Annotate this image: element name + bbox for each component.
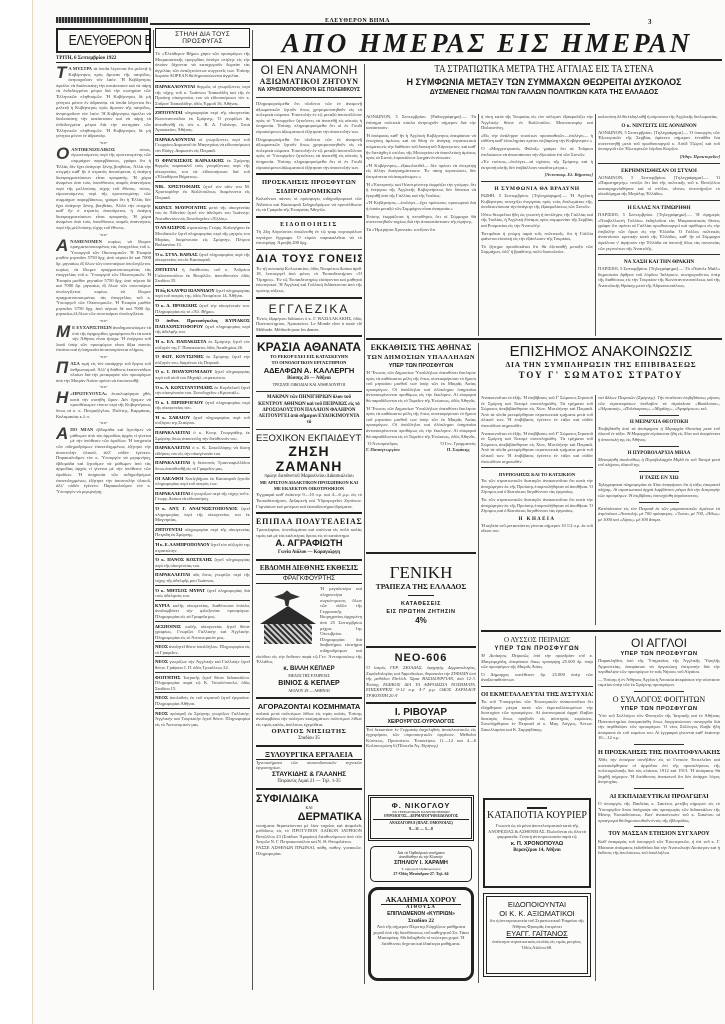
- refugee-notice: Ὁ ΦΡΑΓΚΙΣΚΟΣ ΚΑΡΑΔΑΚΗΣ ἐκ Σμύρνης θερμῶς…: [155, 155, 250, 181]
- refugee-notice: ΖΗΤΟΥΝΤΑΙ πληροφορίαι περὶ τῆς οἰκογενεί…: [155, 107, 250, 133]
- refugee-notice: ΖΗΤΕΙΤΑΙ ἡ διεύθυνσις τοῦ κ. Ἀνδρέου Γαλ…: [155, 264, 250, 285]
- refugee-notice: Ἡ δίς ΚΑΛΥΨΩ ΙΩΑΝΝΙΔΟΥ ζητεῖ πληροφορίας…: [155, 285, 250, 300]
- article-text: ΛΟΝΔΙΝΟΝ, 5 Σεπτεμβρίου. [Ραδιογράφημα].…: [366, 114, 476, 131]
- main-story-headlines: ΤΑ ΣΤΡΑΤΙΩΤΙΚΑ ΜΕΤΡΑ ΤΗΣ ΑΓΓΛΙΑΣ ΕΙΣ ΤΑ …: [366, 64, 722, 114]
- headline: ΕΙΔΟΠΟΙΗΣΙΣ: [256, 221, 362, 229]
- banner-title: ΑΠΟ ΗΜΕΡΑΣ ΕΙΣ ΗΜΕΡΑΝ: [252, 28, 722, 58]
- headline: ΕΓΓΛΕΖΙΚΑ: [256, 302, 362, 316]
- divider: [598, 254, 720, 255]
- editorial-item: AΝΑΜΕΝΟΜΕΝ κυρίως νὰ ἴδωμεν πραγματοποιο…: [56, 239, 151, 317]
- civil-servants-article: ΕΚΚΑΘΙΣΙΣ ΤΗΣ ΑΘΗΝΑΣ ΤΩΝ ΔΗΜΟΣΙΩΝ ΥΠΑΛΛΗ…: [366, 343, 476, 543]
- article-text: Ἐκτιμᾶται ἡ γνώμη παρὰ τοῖς πολιτικοῖς, …: [481, 231, 593, 242]
- headline: ΤΩΝ ΔΗΜΟΣΙΩΝ ΥΠΑΛΛΗΛΩΝ: [366, 353, 476, 362]
- refugee-notice: ΝΕΟΣ πρόσφυξ ἐκ Σμύρνης γνωρίζων Γαλλική…: [155, 708, 250, 729]
- article-text: «Ἐν τούτοις—ἐπιλέγει—αἱ σχέσεις τῆς Σμύρ…: [481, 159, 593, 170]
- column-news-ads: ΟΙ ΕΝ ΑΝΑΜΟΝΗ ΑΞΙΩΜΑΤΙΚΟΙ ΖΗΤΟΥΝ ΝΑ ΧΡΗΣ…: [256, 64, 362, 994]
- article-text: Ἡ Ἕνωσις τῶν Δημοσίων Ὑπαλλήλων ἀπευθύνε…: [366, 370, 476, 404]
- refugee-notice: ΠΑΡΑΚΑΛΟΥΝΤΑΙ θερμῶς οἱ γνωρίζοντες περὶ…: [155, 81, 250, 107]
- ad-krasia: ΚΡΑΣΙΑ ΑΘΑΝΑΤΑ ΤΟ ΡΕΚΟΡ ΕΧΕΙ ΕΙΣ ΚΑΤΑΣΚΕ…: [256, 340, 362, 388]
- ad-nikoglou: Φ. ΝΙΚΟΓΛΟΥ ΕΚ ΓΕΡΜΑΝΙΚΩΝ ΠΑΝΕΠΙΣΤΗΜΙΩΝ …: [368, 795, 474, 841]
- headline: ΑΙ ΕΚΠΑΙΔΕΥΤΙΚΑΙ ΠΡΟΑΓΩΓΑΙ: [598, 792, 720, 801]
- divider: [598, 163, 720, 164]
- headline: Ο κ. ΝΙΝΤΣΙΤΣ ΕΙΣ ΛΟΝΔΙΝΟΝ: [598, 122, 720, 130]
- article-text: ΠΑΡΙΣΙΟΙ, 5 Σεπτεμβρίου. [Τηλεγράφημα].—…: [598, 266, 720, 288]
- subheadline: ΥΠΕΡ ΤΩΝ ΠΡΟΣΦΥΓΩΝ: [598, 705, 720, 713]
- divider: [256, 97, 362, 98]
- ad-tools: ΞΥΛΟΥΡΓΙΚΑ ΕΡΓΑΛΕΙΑ Ἰχνοποιήματα τῶν σκο…: [256, 750, 362, 785]
- masthead-ornament: [56, 17, 148, 23]
- article-text: ἡ νίκη κατὰ τῆς Τουρκίας εἰς τὸν πόλεμον…: [481, 114, 593, 131]
- article-text: «Ἡ Κυβέρνησις—ἐξακολουθεῖ— δὲν πρέπει νὰ…: [366, 163, 476, 180]
- editorial-item: TΑ ΜΥΣΤΡΑ τὰ ὁποῖα λέγονται ὅτι μελετᾷ ἡ…: [56, 66, 151, 139]
- column-editorial: ΕΛΕΥΘΕΡΟΝ ΒΗΜΑ ΤΡΙΤΗ, 6 Σεπτεμβρίου 1922…: [56, 28, 151, 1018]
- article-text: καλοσύνη δὲ θὰ ἐκδηλωθῇ ἡ σύμπνοια τῆς Ἀ…: [598, 114, 720, 120]
- refugee-notice: Ὁ κ. ΑΝΤ. Γ. ΑΝΑΓΝΩΣΤΟΠΟΥΛΟΣ ζητεῖ πληρο…: [155, 503, 250, 524]
- headline: ΑΞΙΩΜΑΤΙΚΟΙ ΖΗΤΟΥΝ: [256, 77, 362, 87]
- expo-building-illustration: [256, 588, 316, 646]
- article-text: Πληροφορούμεθα ὅτι πλεῖστοι τῶν ἐν ἀναμο…: [256, 101, 362, 135]
- headline: Η ΠΥΡΟΒΟΛΑΡΧΙΑ ΜΗΛΑ: [598, 450, 720, 457]
- editorial-item: AΠΟ ΜΙΑΝ ἑβδομάδα καὶ ζητοῦμεν νὰ μάθωμε…: [56, 427, 151, 494]
- headline: ΤΑ ΣΤΡΑΤΙΩΤΙΚΑ ΜΕΤΡΑ ΤΗΣ ΑΓΓΛΙΑΣ ΕΙΣ ΤΑ …: [384, 64, 704, 76]
- column-lower-right: ΟΙ ΑΓΓΛΟΙ ΥΠΕΡ ΤΩΝ ΠΡΟΣΦΥΓΩΝ Παρακληθεὶς…: [598, 636, 720, 981]
- headline: ΕΠΙΣΗΜΟΣ ΑΝΑΚΟΙΝΩΣΙΣ: [481, 343, 721, 360]
- banner: ΑΠΟ ΗΜΕΡΑΣ ΕΙΣ ΗΜΕΡΑΝ: [252, 28, 722, 60]
- column-rule: [478, 114, 479, 336]
- refugee-notice: Ὁ κ. Α. ΚΩΝΣΤΑΝΤΙΝΙΔΗΣ ἐκ Κορδελιοῦ ζητε…: [155, 382, 250, 397]
- headline: Ο ΣΥΛΛΟΓΟΣ ΦΟΙΤΗΤΩΝ: [598, 695, 720, 705]
- article-text: Ἡ «Ἑσπερινὴ» καὶ Οὐεστμίνστερ ἐκφράζει τ…: [366, 182, 476, 199]
- headline: ΕΚΚΑΘΙΣΙΣ ΤΗΣ ΑΘΗΝΑΣ: [366, 343, 476, 353]
- subheadline: ΔΥΣΜΕΝΕΙΣ ΓΝΩΜΑΙ ΤΩΝ ΓΑΛΛΩΝ ΠΟΛΙΤΙΚΩΝ ΚΑ…: [366, 88, 722, 97]
- ad-eye-clinic: Διὰ τὰ Ὀφθαλμικά νοσήματα ἀπευθύνθητε εἰ…: [370, 846, 472, 882]
- ad-epipla: ΕΠΙΠΛΑ ΠΟΛΥΤΕΛΕΙΑΣ Τραπεζαρίαι, ὑπνοδωμά…: [256, 517, 362, 556]
- column-refugees: ΣΤΗΛΗ ΔΙΑ ΤΟΥΣ ΠΡΟΣΦΥΓΑΣ Τὸ «Ἐλεύθερον Β…: [155, 28, 250, 1018]
- banner-rule: [252, 59, 722, 61]
- ad-pinigiri: ΜΑΚΡΑΝ τῶν ΠΗΝΙΓΗΡΙΩΝ ὅλου τοῦ ΚΕΝΤΡΟΥ Α…: [256, 395, 362, 426]
- refugee-notice: Ὁ κ. Ι. ΠΟΛΥΧΡΟΝΙΑΔΟΥ ζητεῖ πληροφορίας …: [155, 366, 250, 381]
- refugee-notice: ΠΑΡΑΚΑΛΕΙΤΑΙ πᾶς ὅστις γνωρίζει περὶ τῆς…: [155, 569, 250, 584]
- announcement-left: Ἀνακοινοῦται τὸ ἑξῆς: Ἡ ἐπιβίβασις τοῦ Γ…: [481, 395, 593, 565]
- refugee-notice: Ὁ κ. Δ. ΠΡΟΚΙΔΗΣ ζητεῖ τὴν οἰκογένειάν τ…: [155, 300, 250, 315]
- headline: ΠΡΟΣΚΛΗΣΙΣ ΠΡΟΣΦΥΓΩΝ ΣΙΔΗΡΟΔΡΟΜΙΚΩΝ: [256, 178, 362, 196]
- editorial-item: ΠΑΣΑ τιμὴ εἰς τὸν ναυάρχην τοῦ ἔργου τοῦ…: [56, 361, 151, 383]
- official-announcement-heading: ΕΠΙΣΗΜΟΣ ΑΝΑΚΟΙΝΩΣΙΣ ΔΙΑ ΤΗΝ ΣΥΜΠΛΗΡΩΣΙΝ…: [481, 343, 721, 391]
- column-rule: [595, 395, 596, 625]
- refugee-notice: Ὁ ΑΝΑΙΣΙΡΟΣ στρατιώτης Γεώργ. Καλογήρου …: [155, 222, 250, 248]
- refugee-notice: ΚΩΝΣΤ. ΜΑΥΡΟΓΑΤΗΣ μετὰ τῆς οἰκογενείας τ…: [155, 202, 250, 223]
- byline: [Ἀθην. Πρακτορεῖον]: [598, 154, 720, 160]
- ad-officers: ΕΙΔΟΠΟΙΟΥΝΤΑΙ ΟΙ Κ. Κ. ΑΞΙΩΜΑΤΙΚΟΙ ὅτι ἡ…: [483, 893, 591, 977]
- article-text: Τὰ «Ἡμερήσια Χρονικὰ» τονίζουν ὅτι: [366, 227, 476, 233]
- article-text: ΠΑΡΙΣΙΟΙ, 5 Σεπτεμβρίου. [Τηλεγράφημα].—…: [598, 212, 720, 251]
- divider: [256, 429, 362, 430]
- refugee-notice: Ὁ κ. Ι. ΠΙΡΠΙΡΟΓΛΟΥ ζητεῖ πληροφορίας πε…: [155, 397, 250, 412]
- byline: [Ἀνταποκρ. Ελ. Βήματος]: [481, 172, 593, 178]
- headline: ΕΚΡΗΜΝΙΣΘΗΣΑΝ ΟΙ ΣΤΥΛΟΙ: [598, 167, 720, 175]
- subheadline: ΥΠΕΡ ΤΩΝ ΠΡΟΣΦΥΓΩΝ: [481, 645, 593, 653]
- ad-frankfurt-expo: ΕΒΔΟΜΗ ΔΙΕΘΝΗΣ ΕΚΘΕΣΙΣ ΦΡΑΓΚΦΟΥΡΤΗΣ Ἡ με…: [256, 564, 362, 693]
- article-text: «Εἰς τὴν ἀνάληψιν τοιούτων προσπαθειῶν—ἐ…: [481, 133, 593, 144]
- divider: [256, 512, 362, 514]
- column-rule: [478, 343, 479, 983]
- divider: [256, 788, 362, 790]
- refugee-notice: ΖΗΤΟΥΝΤΑΙ πληροφορίαι περὶ τῆς οἰκογενεί…: [155, 524, 250, 539]
- article-text: ΛΟΝΔΙΝΟΝ, 5 Σεπτεμβρίου. [Τηλεγράφημα].—…: [598, 130, 720, 152]
- subheadline: ΥΠΕΡ ΤΩΝ ΠΡΟΣΦΥΓΩΝ: [366, 362, 476, 370]
- refugee-notice: ΠΑΡΑΚΑΛΕΙΤΑΙ ὁ κ. Κ. Σακελλάρης νὰ δώσῃ …: [155, 442, 250, 457]
- refugee-notice: ΝΕΟΣ ἀπολυθεὶς ἐκ τοῦ στρατοῦ ζητεῖ ἐργα…: [155, 692, 250, 707]
- ad-jewels: ΑΓΟΡΑΖΟΝΤΑΙ ΚΟΣΜΗΜΑΤΑ παλαιὰ μετὰ πολυτί…: [256, 702, 362, 742]
- divider: [256, 297, 362, 299]
- ad-bank: ΓΕΝΙΚΗ ΤΡΑΠΕΖΑ ΤΗΣ ΕΛΛΑΔΟΣ ΚΑΤΑΘΕΣΕΙΣ ΕΙ…: [366, 552, 476, 648]
- signatures: Ὁ ἈντιπρόεδροςΓ. Παπαγεωργίου Ὁ Γεν. Γρα…: [366, 441, 476, 452]
- dateline: ΤΡΙΤΗ, 6 Σεπτεμβρίου 1922: [56, 56, 151, 63]
- article-text: Οὕτω θεωρεῖται ἤδη ὡς γνωστὴ ἡ ἀντίληψις…: [481, 212, 593, 229]
- headline: ΠΥΡΠΟΛΗΣΙΣ ΚΑΙ ΤΟ ΚΑΤΣΙΚΙΟΝ: [481, 471, 593, 478]
- subheadline: ΤΟΥ Γ' ΣΩΜΑΤΟΣ ΣΤΡΑΤΟΥ: [481, 370, 721, 381]
- article-text: Ἡ Ἕνωσις τῶν Δημοσίων Ὑπαλλήλων ἀπευθύνε…: [366, 406, 476, 440]
- margin-rule: [32, 0, 33, 1024]
- ad-dance-academy: ΑΚΑΔΗΜΙΑ ΧΟΡΟΥ ΑΙΘΟΥΣΑ ΕΠΙΠΛΩΜΕΝΟΝ «ΚΥΠΡ…: [368, 887, 474, 981]
- refugee-notice: Ἡ κ. Ε. ΛΑΜΠΡΟΠΟΥΛΟΥ ζητεῖ τὸν σύζυγόν τ…: [155, 539, 250, 554]
- article-text: Ἐντὸς ἑξαμήνου διδάσκει ὁ κ. Γ. ΒΑΣΙΛΑΚΑ…: [256, 316, 362, 333]
- refugee-notice: ΠΑΡΑΚΑΛΕΙΤΑΙ ὁ κ. Κυπρ. Γεωργιάδης ἐκ Σμ…: [155, 427, 250, 442]
- refugee-notice: Ὁ κ. ΣΤΥΛ. ΒΑΡΔΑΣ ζητεῖ πληροφορίας περὶ…: [155, 249, 250, 264]
- divider: [256, 335, 362, 337]
- divider: [256, 745, 362, 747]
- article-text: Πληροφορούμεθα ὅτι πλεῖστοι τῶν ἐν ἀναμο…: [256, 137, 362, 171]
- editorial-item: OΑΝΤΙΒΕΝΙΖΕΛΙΚΟΣ τύπος, εἰρωνευόμενος πε…: [56, 147, 151, 231]
- headline: ΟΙ ΑΓΓΛΟΙ: [598, 636, 720, 650]
- refugee-notice: ΟΙ ΑΔΕΛΦΟΙ Χατζηδήμου ἐκ Κασσαμπᾶ ζητοῦν…: [155, 473, 250, 488]
- headline: ΝΑ ΧΑΣΗ ΚΑΙ ΤΗΝ ΘΡΑΚΗΝ: [598, 258, 720, 266]
- masthead: ΕΛΕΥΘΕΡΟΝ ΒΗΜΑ: [56, 28, 151, 53]
- divider: [256, 391, 362, 392]
- headline: Η ΣΥΜΦΩΝΙΑ ΜΕΤΑΞΥ ΤΩΝ ΣΥΜΜΑΧΩΝ ΘΕΩΡΕΙΤΑΙ…: [366, 76, 722, 88]
- refugee-notice: Ὁ κ. ΜΗΤΣΟΣ ΜΥΡΑΤ ζητεῖ πληροφορίας διὰ …: [155, 585, 250, 600]
- refugees-column-title: ΣΤΗΛΗ ΔΙΑ ΤΟΥΣ ΠΡΟΣΦΥΓΑΣ: [155, 28, 250, 48]
- divider: [256, 559, 362, 561]
- refugee-notice: ΝΙΚ. ΧΡΙΣΤΟΦΙΔΗΣ ζητεῖ τὸν υἱὸν του Μ. Χ…: [155, 181, 250, 202]
- refugee-notice: ΠΑΡΑΚΑΛΕΙΤΑΙ ἡ δεσποινὶς Τριανταφυλλίδου…: [155, 457, 250, 472]
- running-head: ΕΛΕΥΘΕΡΟΝ ΒΗΜΑ: [325, 18, 390, 24]
- ad-doctors: ΝΕΟ-606 Ὁ ἰατρὸς ΓΕΡ. ΣΚΙΑΔΑΣ, ὑφηγητὴς …: [366, 652, 476, 782]
- refugee-notice: Ὁ ΦΩΤ. ΚΟΥΤΣΙΝΗΣ ἐκ Σμύρνης ζητεῖ τὴν σύ…: [155, 351, 250, 366]
- ad-kourier: ΚΑΤΑΠΟΤΙΑ ΚΟΥΡΙΕΡ Γνωστὰ ὡς τὰ μόνα ἀποτ…: [483, 798, 591, 888]
- article-text: Ἐν τῇ συνοικίᾳ Κολωνακίου, ὁδὸς Νεοφύτου…: [256, 266, 362, 294]
- announcement-right: ναὶ ἄλλων Πειραιῶν (Σμύρνης). Τὴν ἐκτέλε…: [598, 395, 720, 623]
- refugee-notice: ΦΟΙΤΗΤΗΣ Ἰατρικῆς ζητεῖ θέσιν διδασκάλου…: [155, 672, 250, 693]
- refugee-notice: ΝΕΟΣ ἀναζητεῖ θέσιν ὑπαλλήλου. Πληροφορί…: [155, 641, 250, 656]
- column-rule: [595, 636, 596, 981]
- headline: Η ΠΡΟΣΚΛΗΣΙΣ ΤΗΣ ΠΟΛΙΤΟΦΥΛΑΚΗΣ: [598, 748, 720, 757]
- headline: ΟΙ ΕΚΜΕΤΑΛΛΕΥΤΑΙ ΤΗΣ ΔΥΣΤΥΧΙΑΣ: [481, 690, 593, 699]
- column-rule: [595, 114, 596, 336]
- headline: Ο ΛΥΣΣΟΣ ΠΕΙΡΑΙΩΣ: [481, 636, 593, 645]
- article-text: Τὸ ζήτημα προσδοκᾶται ὅτι θὰ ἐξετασθῇ με…: [481, 244, 593, 255]
- headline: Η ΚΗΔΕΙΑ: [481, 516, 593, 523]
- article-text: Ὁ «Μαγχεστριανὸς Φύλαξ» γράφει ὅτι αἱ Το…: [481, 146, 593, 157]
- subheadline: ΥΠΕΡ ΤΩΝ ΠΡΟΣΦΥΓΩΝ: [598, 650, 720, 658]
- divider: [256, 249, 362, 250]
- article-text: Καλοῦνται πάντες οἱ πρόσφυγες σιδηροδρομ…: [256, 196, 362, 213]
- headline: Η ΜΕΡΑΡΧΙΑ ΘΕΟΤΟΚΗ: [598, 419, 720, 426]
- divider: [598, 200, 720, 201]
- article-text: ΡΩΜΗ, 5 Σεπτεμβρίου. [Τηλεγράφημα].— Ἡ Ἀ…: [481, 193, 593, 210]
- editorial-item: MΕ ΕΥΧΑΡΙΣΤΗΣΙΝ ἀναδημοσιεύομεν τὰ ὑπὸ τ…: [56, 325, 151, 353]
- headline: Η ΕΛΛΑΣ ΝΑ ΤΙΜΩΡΗΘΗ: [598, 204, 720, 212]
- refugee-notice: ΝΕΟΣ γνωρίζων τὴν Ἀγγλικὴν καὶ Γαλλικὴν …: [155, 656, 250, 671]
- article-text: «Ἡ Κυβέρνησις—ἐπιλέγει—ἔχει πρόσωπα, προ…: [366, 200, 476, 211]
- column-lower-left: Ο ΛΥΣΣΟΣ ΠΕΙΡΑΙΩΣ ΥΠΕΡ ΤΩΝ ΠΡΟΣΦΥΓΩΝ Ἡ Δ…: [481, 636, 593, 746]
- refugee-notice: ΠΑΡΑΚΑΛΟΥΝΤΑΙ οἱ γνωρίζοντες περὶ τοῦ Γε…: [155, 134, 250, 155]
- subheadline: ΔΙΑ ΤΗΝ ΣΥΜΠΛΗΡΩΣΙΝ ΤΗΣ ΕΠΙΒΙΒΑΣΕΩΣ: [481, 360, 721, 370]
- divider: [256, 697, 362, 699]
- ad-school: ΕΞΟΧΙΚΟΝ ΕΚΠΑΙΔΕΥΤΗΡΙΟΝ ΖΗΣΗ ΖΑΜΑΝΗ πρώη…: [256, 433, 362, 509]
- headline: Η ΣΥΜΦΩΝΙΑ ΘΑ ΒΡΑΔΥΝΗ: [481, 185, 593, 193]
- refugee-notice: Ὁ κ. ΠΑΝΟΣ ΚΟΣΤΕΛΗΣ ζητεῖ πληροφορίας πε…: [155, 554, 250, 569]
- page-number: 3: [648, 18, 652, 26]
- refugee-notice: Ἡ κ. ΣΑΒΑΙΟΥ ζητεῖ πληροφορίας περὶ τοῦ …: [155, 412, 250, 427]
- refugees-intro: Τὸ «Ἐλεύθερον Βῆμα» χάριν τῶν προσφύγων …: [155, 51, 250, 79]
- section-divider: [366, 338, 722, 340]
- divider: [481, 181, 593, 182]
- article-text: Ἡ ἀπόφασις καθ' ἣν ἡ Ἀγγλικὴ Κυβέρνησις …: [366, 133, 476, 161]
- divider: [256, 173, 362, 175]
- headline: ΔΙΑ ΤΟΥΣ ΓΟΝΕΙΣ: [256, 253, 362, 266]
- article-text: ΛΟΝΔΙΝΟΝ, 5 Σεπτεμβρίου. [Τηλεγράφημα].—…: [598, 175, 720, 197]
- refugee-notice: Ἡ κ. ΕΛ. ΠΑΠΑΚΩΣΤΑ ἐκ Σμύρνης ζητεῖ τὸν …: [155, 336, 250, 351]
- divider: [256, 216, 362, 218]
- section-divider: [481, 630, 721, 632]
- column-wires: καλοσύνη δὲ θὰ ἐκδηλωθῇ ἡ σύμπνοια τῆς Ἀ…: [598, 114, 720, 336]
- column-main-story: ΛΟΝΔΙΝΟΝ, 5 Σεπτεμβρίου. [Ραδιογράφημα].…: [366, 114, 476, 336]
- refugee-notice: Ὁ ἀνθυπ. Προτοσύγκελος ΚΥΡΙΑΚΟΣ ΠΑΠΑΧΡΙΣ…: [155, 315, 250, 336]
- notices-list: ΠΑΡΑΚΑΛΟΥΝΤΑΙ θερμῶς οἱ γνωρίζοντες περὶ…: [155, 81, 250, 728]
- refugee-notice: ΔΕΣΠΟΙΝΙΣ καλῆς οἰκογενείας ζητεῖ θέσιν …: [155, 621, 250, 642]
- article-text: Ἐπίσης ἐκφράζεται ἡ πεποίθησις ὅτι οἱ Σύ…: [366, 214, 476, 225]
- column-main-story-cont: ἡ νίκη κατὰ τῆς Τουρκίας εἰς τὸν πόλεμον…: [481, 114, 593, 336]
- column-rule: [252, 30, 253, 990]
- refugee-notice: ΠΑΡΑΚΑΛΕΙΤΑΙ ὁ γνωρίζων περὶ τῆς τύχης τ…: [155, 488, 250, 503]
- ad-syphilis: ΣΥΦΙΛΙΔΙΚΑ ΚΑΙ ΔΕΡΜΑΤΙΚΑ νοσήματα θεραπε…: [256, 793, 362, 857]
- headline: ΟΙ ΕΝ ΑΝΑΜΟΝΗ: [256, 64, 362, 77]
- editorial-item: H«ΠΡΩΤΕΥΟΥΣΑ» ἐκυκλοφόρησε χθὲς κατὰ τὴν…: [56, 391, 151, 419]
- column-rule: [153, 30, 154, 990]
- headline: ΤΟΥ ΜΑΣΣΑΝ ΕΤΗΣΙΟΝ ΣΥΓΧΑΡΟΥ: [598, 830, 720, 839]
- refugee-notice: ΚΥΡΙΑ καλῆς οἰκογενείας, διαθέτουσα ἐπίπ…: [155, 600, 250, 621]
- article-text: Τὴ 24ῃ Αὐγούστου ἀπώλεσθη ἐν τῷ τραμ πορ…: [256, 229, 362, 246]
- column-rule: [364, 64, 365, 984]
- headline: Η ΤΑΞΙΣ ΕΝ ΧΙΩ: [598, 475, 720, 482]
- subheadline: ΝΑ ΧΡΗΣΙΜΟΠΟΙΗΘΟΥΝ ΕΙΣ ΠΟΛΕΜΙΚΟΥΣ: [256, 87, 362, 94]
